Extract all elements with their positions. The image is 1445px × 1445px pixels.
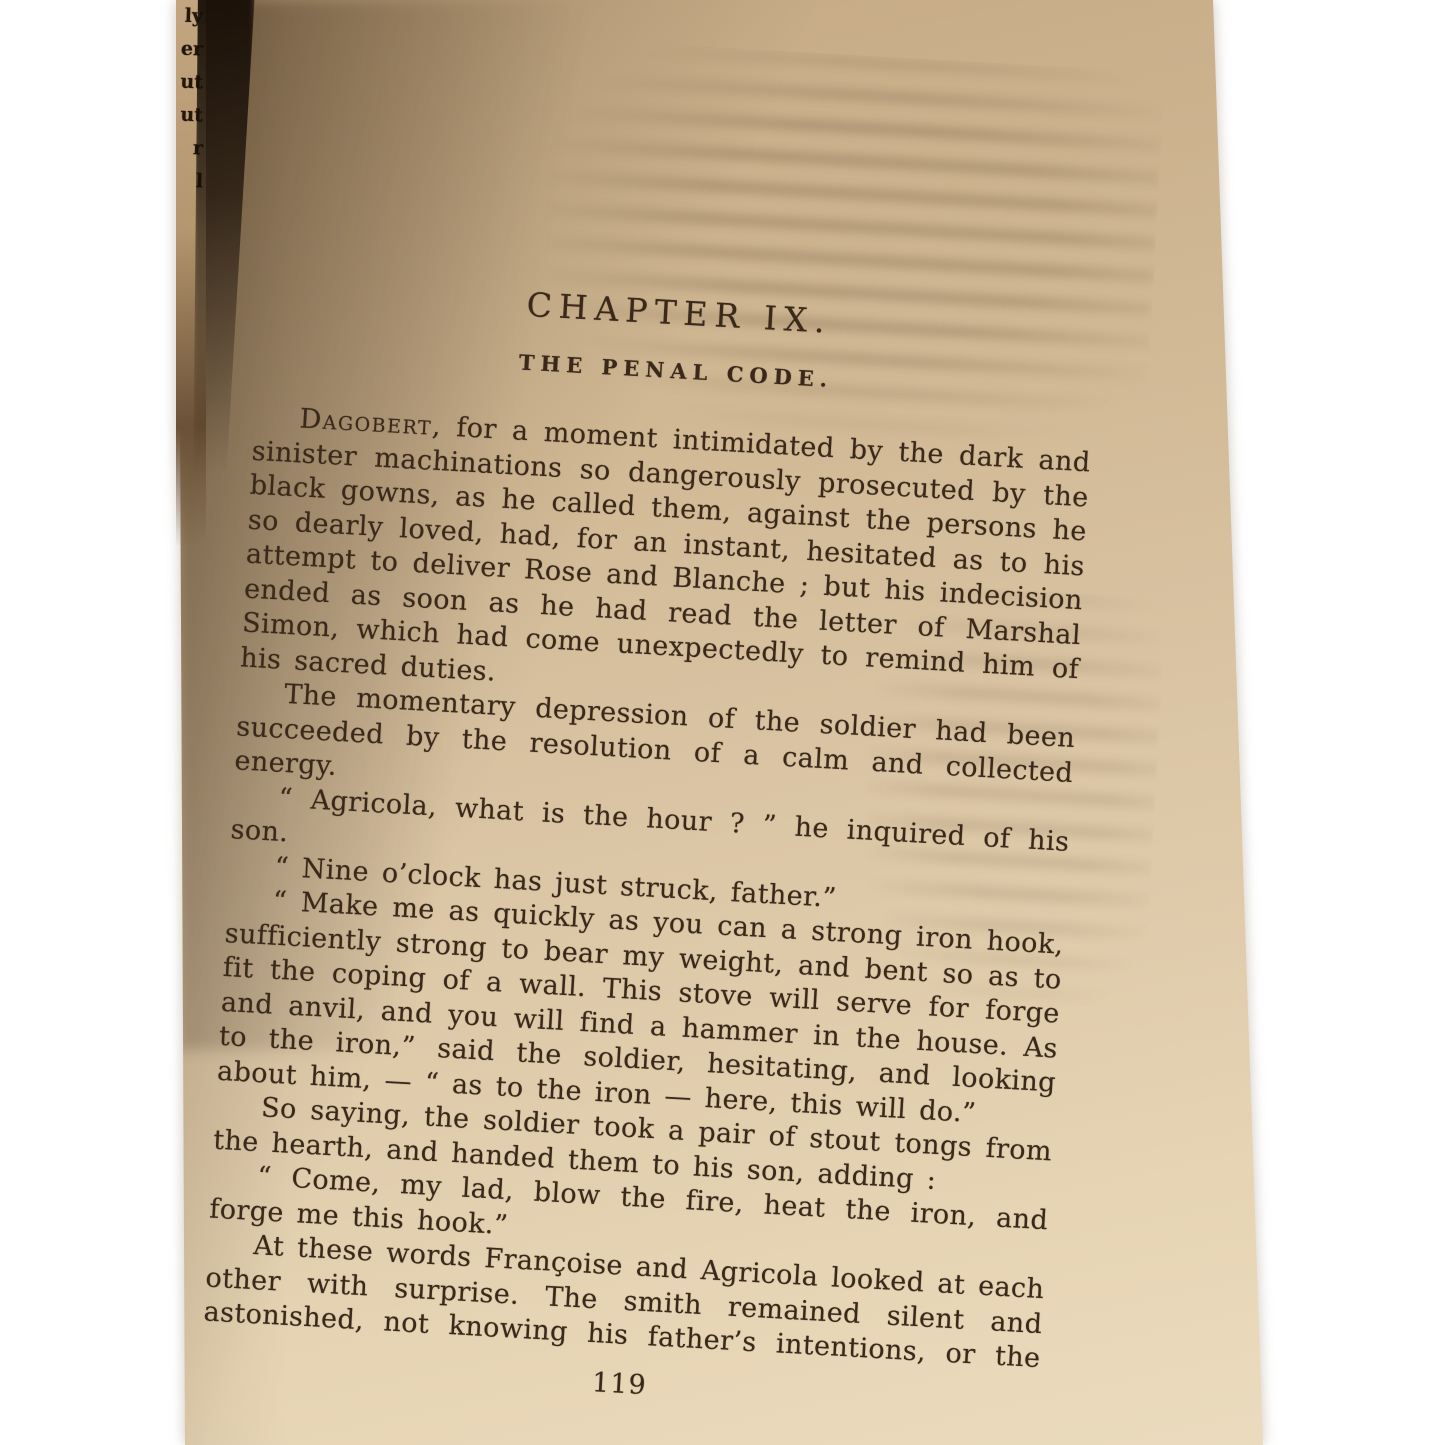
- paragraph: Dagobert, for a moment intimidated by th…: [239, 400, 1091, 722]
- paragraph-text: “ Make me as quickly as you can a strong…: [216, 886, 1064, 1129]
- body-text: Dagobert, for a moment intimidated by th…: [203, 400, 1092, 1377]
- paragraph-lead-smallcaps: Dagobert: [299, 403, 433, 441]
- page-content: CHAPTER IX. THE PENAL CODE. Dagobert, fo…: [200, 270, 1099, 1423]
- paragraph-text: , for a moment intimidated by the dark a…: [239, 411, 1091, 687]
- book-photo: CHAPTER IX. THE PENAL CODE. Dagobert, fo…: [0, 0, 1445, 1445]
